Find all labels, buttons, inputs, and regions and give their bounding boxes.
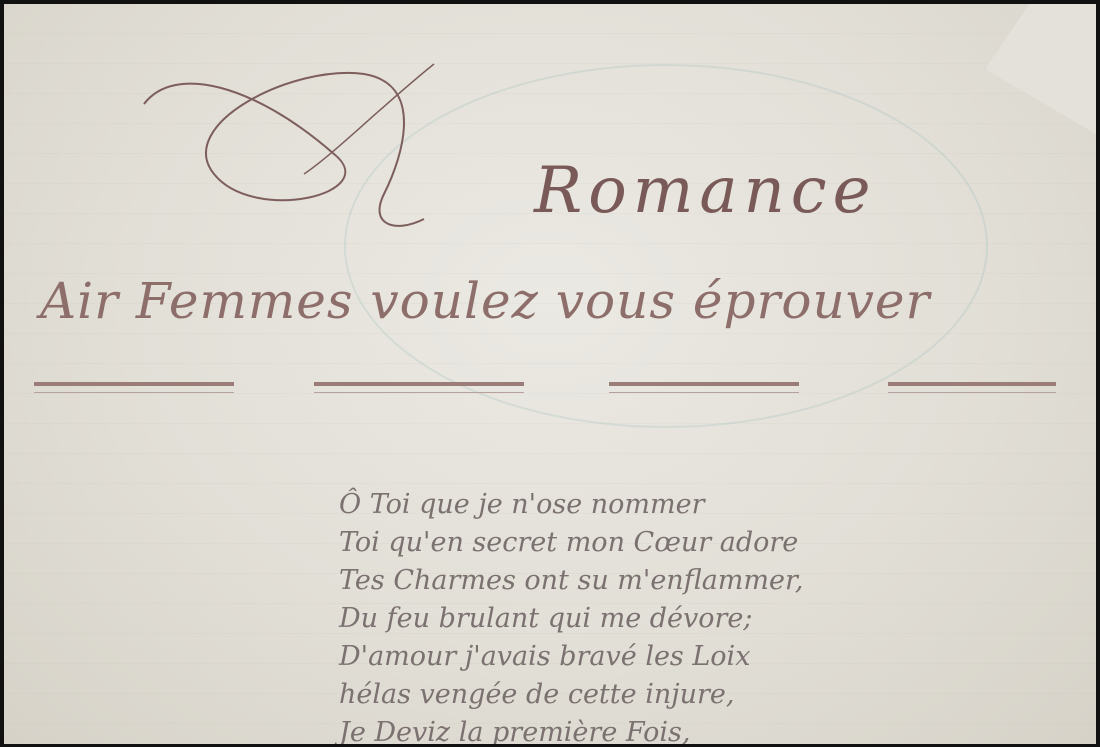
- flourish-r-icon: [134, 44, 574, 234]
- document-subtitle: Air Femmes voulez vous éprouver: [40, 272, 930, 330]
- divider-rule: [888, 382, 1056, 393]
- divider-rule: [34, 382, 234, 393]
- poem-line: hélas vengée de cette injure,: [339, 676, 804, 714]
- poem-line: D'amour j'avais bravé les Loix: [339, 638, 804, 676]
- poem-line: Toi qu'en secret mon Cœur adore: [339, 524, 804, 562]
- divider-rule: [609, 382, 799, 393]
- poem-line: Je Deviz la première Fois,: [339, 714, 804, 744]
- poem-line: Ô Toi que je n'ose nommer: [339, 486, 804, 524]
- manuscript-page: Romance Air Femmes voulez vous éprouver …: [4, 4, 1096, 744]
- poem-line: Tes Charmes ont su m'enflammer,: [339, 562, 804, 600]
- poem-text: Ô Toi que je n'ose nommer Toi qu'en secr…: [339, 486, 804, 744]
- document-title: Romance: [534, 154, 877, 228]
- divider-rule: [314, 382, 524, 393]
- poem-line: Du feu brulant qui me dévore;: [339, 600, 804, 638]
